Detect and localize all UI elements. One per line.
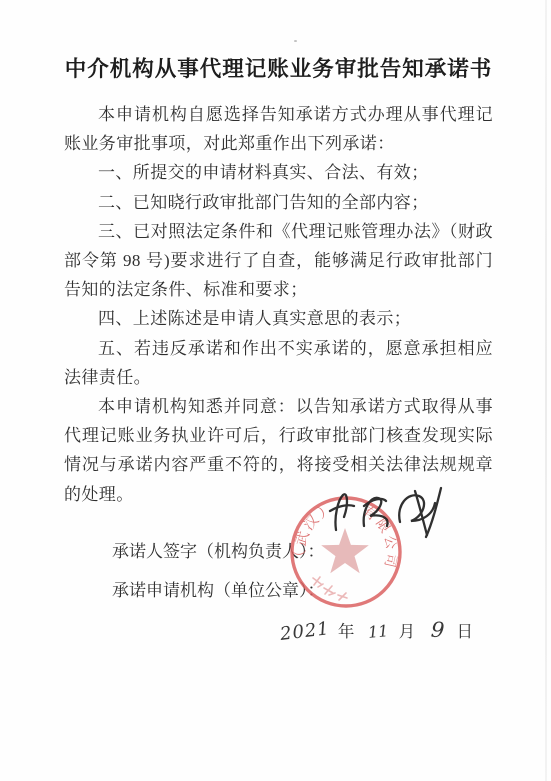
paragraph-item-3: 三、已对照法定条件和《代理记账管理办法》（财政部令第 98 号)要求进行了自查，… [64,217,493,305]
scanned-document-page: 中介机构从事代理记账业务审批告知承诺书 本申请机构自愿选择告知承诺方式办理从事代… [0,0,551,781]
document-body: 本申请机构自愿选择告知承诺方式办理从事代理记账业务审批事项，对此郑重作出下列承诺… [64,100,493,509]
handwritten-month: 11 [368,621,390,642]
handwritten-year: 2021 [279,618,331,645]
paragraph-item-5: 五、若违反承诺和作出不实承诺的，愿意承担相应法律责任。 [64,334,493,392]
paragraph-item-1: 一、所提交的申请材料真实、合法、有效； [64,158,493,187]
date-line: 2021 年 11 月 9 日 [280,618,493,642]
day-unit-label: 日 [457,618,476,642]
paragraph-item-2: 二、已知晓行政审批部门告知的全部内容； [64,188,493,217]
paragraph-intro: 本申请机构自愿选择告知承诺方式办理从事代理记账业务审批事项，对此郑重作出下列承诺… [64,100,493,158]
scan-edge-artifact [545,0,547,781]
scan-speck [294,40,297,42]
month-unit-label: 月 [399,618,418,642]
handwritten-signature [326,484,448,540]
year-unit-label: 年 [338,618,357,642]
paragraph-item-4: 四、上述陈述是申请人真实意思的表示； [64,304,493,333]
handwritten-day: 9 [430,617,445,642]
document-content: 中介机构从事代理记账业务审批告知承诺书 本申请机构自愿选择告知承诺方式办理从事代… [0,0,551,642]
document-title: 中介机构从事代理记账业务审批告知承诺书 [64,54,493,84]
